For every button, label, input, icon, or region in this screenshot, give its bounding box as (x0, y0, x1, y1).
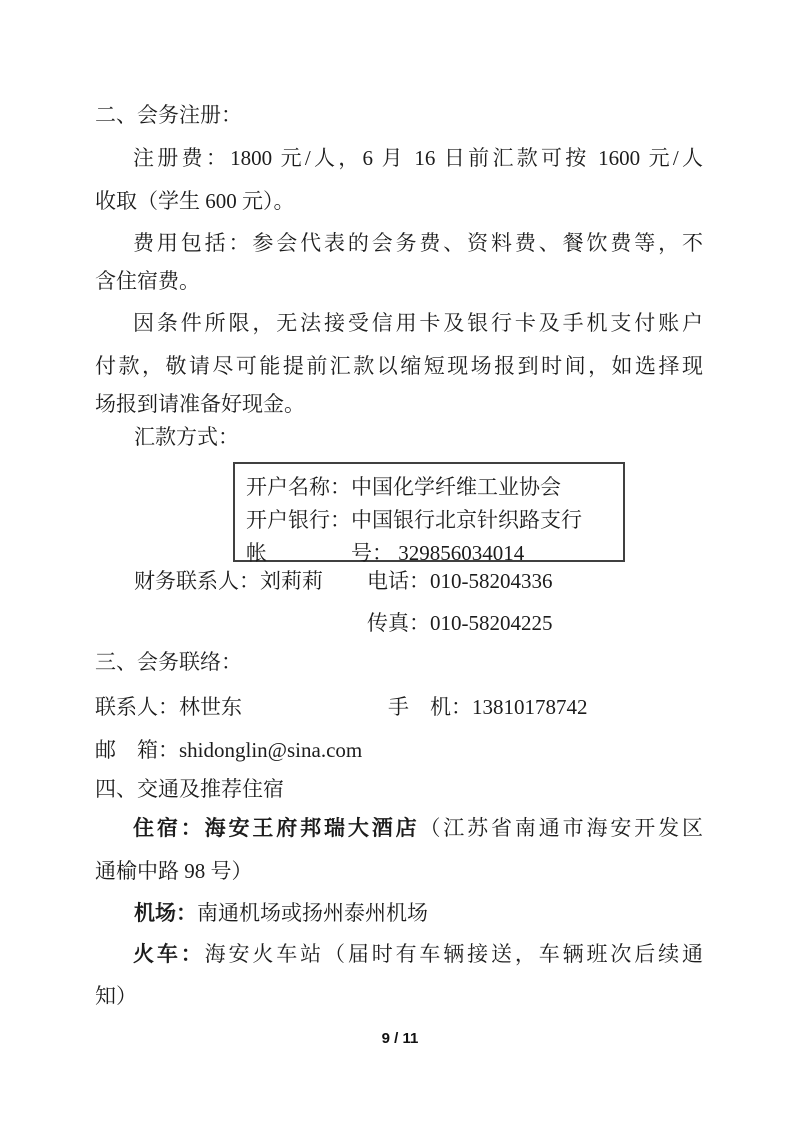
section2-heading: 二、会务注册： (95, 100, 242, 130)
finance-contact-name: 财务联系人：刘莉莉 (134, 566, 323, 596)
hotel-line1: 住宿：海安王府邦瑞大酒店（江苏省南通市海安开发区 (95, 813, 703, 843)
airport-line: 机场：南通机场或扬州泰州机场 (134, 898, 428, 928)
liaison-mobile: 手 机：13810178742 (388, 692, 588, 722)
registration-fee-line2: 收取（学生 600 元）。 (95, 186, 295, 216)
payment-notice-line1: 因条件所限，无法接受信用卡及银行卡及手机支付账户 (95, 308, 703, 338)
fee-includes-line2: 含住宿费。 (95, 266, 200, 296)
hotel-name-bold: 住宿：海安王府邦瑞大酒店 (133, 816, 419, 840)
liaison-contact-name: 联系人：林世东 (95, 692, 242, 722)
document-page: 二、会务注册： 注册费：1800 元/人，6 月 16 日前汇款可按 1600 … (0, 0, 800, 1131)
payment-notice-line3: 场报到请准备好现金。 (95, 389, 305, 419)
section4-heading: 四、交通及推荐住宿 (95, 774, 284, 804)
liaison-email: 邮 箱：shidonglin@sina.com (95, 735, 362, 765)
hotel-line2: 通榆中路 98 号） (95, 856, 253, 886)
fee-includes-line1: 费用包括：参会代表的会务费、资料费、餐饮费等，不 (95, 228, 703, 258)
airport-label-bold: 机场： (134, 901, 197, 925)
train-line2: 知） (95, 981, 137, 1011)
bank-account-box: 开户名称：中国化学纤维工业协会 开户银行：中国银行北京针织路支行 帐 号： 32… (233, 462, 625, 562)
airport-info: 南通机场或扬州泰州机场 (197, 901, 428, 925)
train-info: 海安火车站（届时有车辆接送，车辆班次后续通 (205, 942, 703, 966)
finance-contact-phone: 电话：010-58204336 (367, 566, 553, 596)
train-label-bold: 火车： (133, 942, 205, 966)
hotel-address-part1: （江苏省南通市海安开发区 (419, 816, 703, 840)
section3-heading: 三、会务联络： (95, 647, 242, 677)
page-number: 9 / 11 (0, 1024, 800, 1054)
registration-fee-line1: 注册费：1800 元/人，6 月 16 日前汇款可按 1600 元/人 (95, 143, 703, 173)
payment-notice-line2: 付款，敬请尽可能提前汇款以缩短现场报到时间，如选择现 (95, 351, 703, 381)
bank-branch-name: 开户银行：中国银行北京针织路支行 (246, 504, 623, 537)
remittance-method-label: 汇款方式： (134, 422, 239, 452)
bank-account-name: 开户名称：中国化学纤维工业协会 (246, 471, 623, 504)
train-line1: 火车：海安火车站（届时有车辆接送，车辆班次后续通 (95, 939, 703, 969)
finance-contact-fax: 传真：010-58204225 (367, 608, 553, 638)
